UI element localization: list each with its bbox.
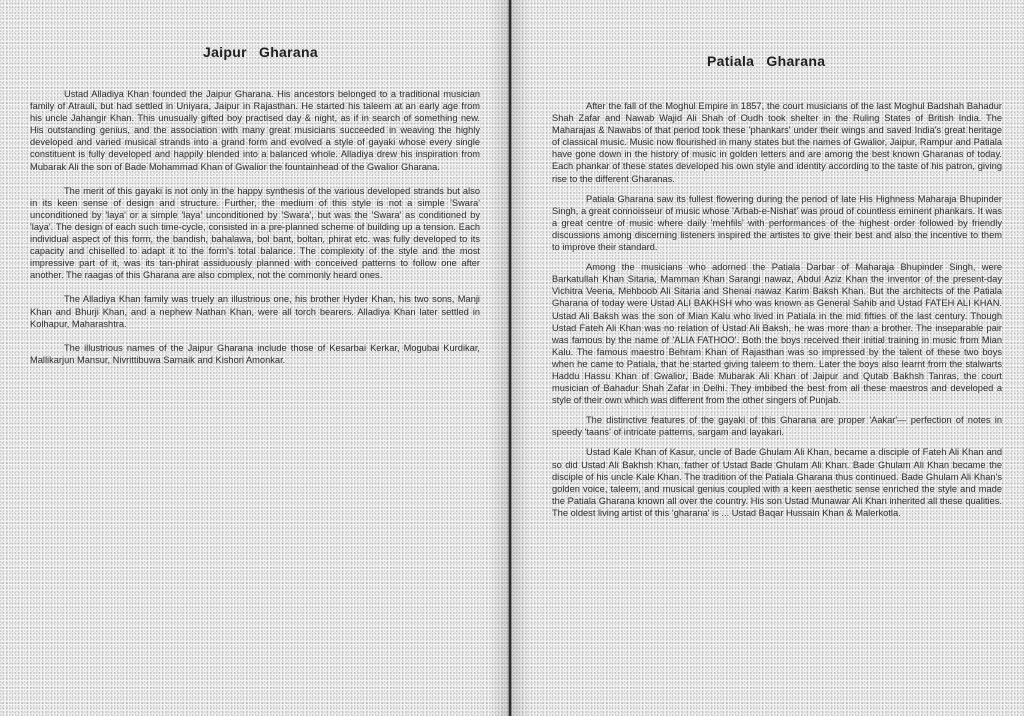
page-title-patiala: Patiala Gharana bbox=[707, 53, 825, 69]
page-title-jaipur: Jaipur Gharana bbox=[203, 44, 318, 60]
paragraph: The merit of this gayaki is not only in … bbox=[30, 185, 480, 282]
paragraph: The illustrious names of the Jaipur Ghar… bbox=[30, 342, 480, 366]
book-spread: Jaipur Gharana Ustad Alladiya Khan found… bbox=[0, 0, 1024, 716]
right-page: Patiala Gharana After the fall of the Mo… bbox=[512, 0, 1024, 716]
paragraph: Patiala Gharana saw its fullest flowerin… bbox=[552, 193, 1002, 253]
paragraph: Ustad Kale Khan of Kasur, uncle of Bade … bbox=[552, 446, 1002, 519]
paragraph: After the fall of the Moghul Empire in 1… bbox=[552, 100, 1002, 185]
left-page: Jaipur Gharana Ustad Alladiya Khan found… bbox=[0, 0, 510, 716]
paragraph: Ustad Alladiya Khan founded the Jaipur G… bbox=[30, 88, 480, 173]
paragraph: The distinctive features of the gayaki o… bbox=[552, 414, 1002, 438]
paragraph: Among the musicians who adorned the Pati… bbox=[552, 261, 1002, 406]
left-page-body: Ustad Alladiya Khan founded the Jaipur G… bbox=[30, 88, 480, 378]
paragraph: The Alladiya Khan family was truely an i… bbox=[30, 293, 480, 329]
right-page-body: After the fall of the Moghul Empire in 1… bbox=[552, 100, 1002, 527]
